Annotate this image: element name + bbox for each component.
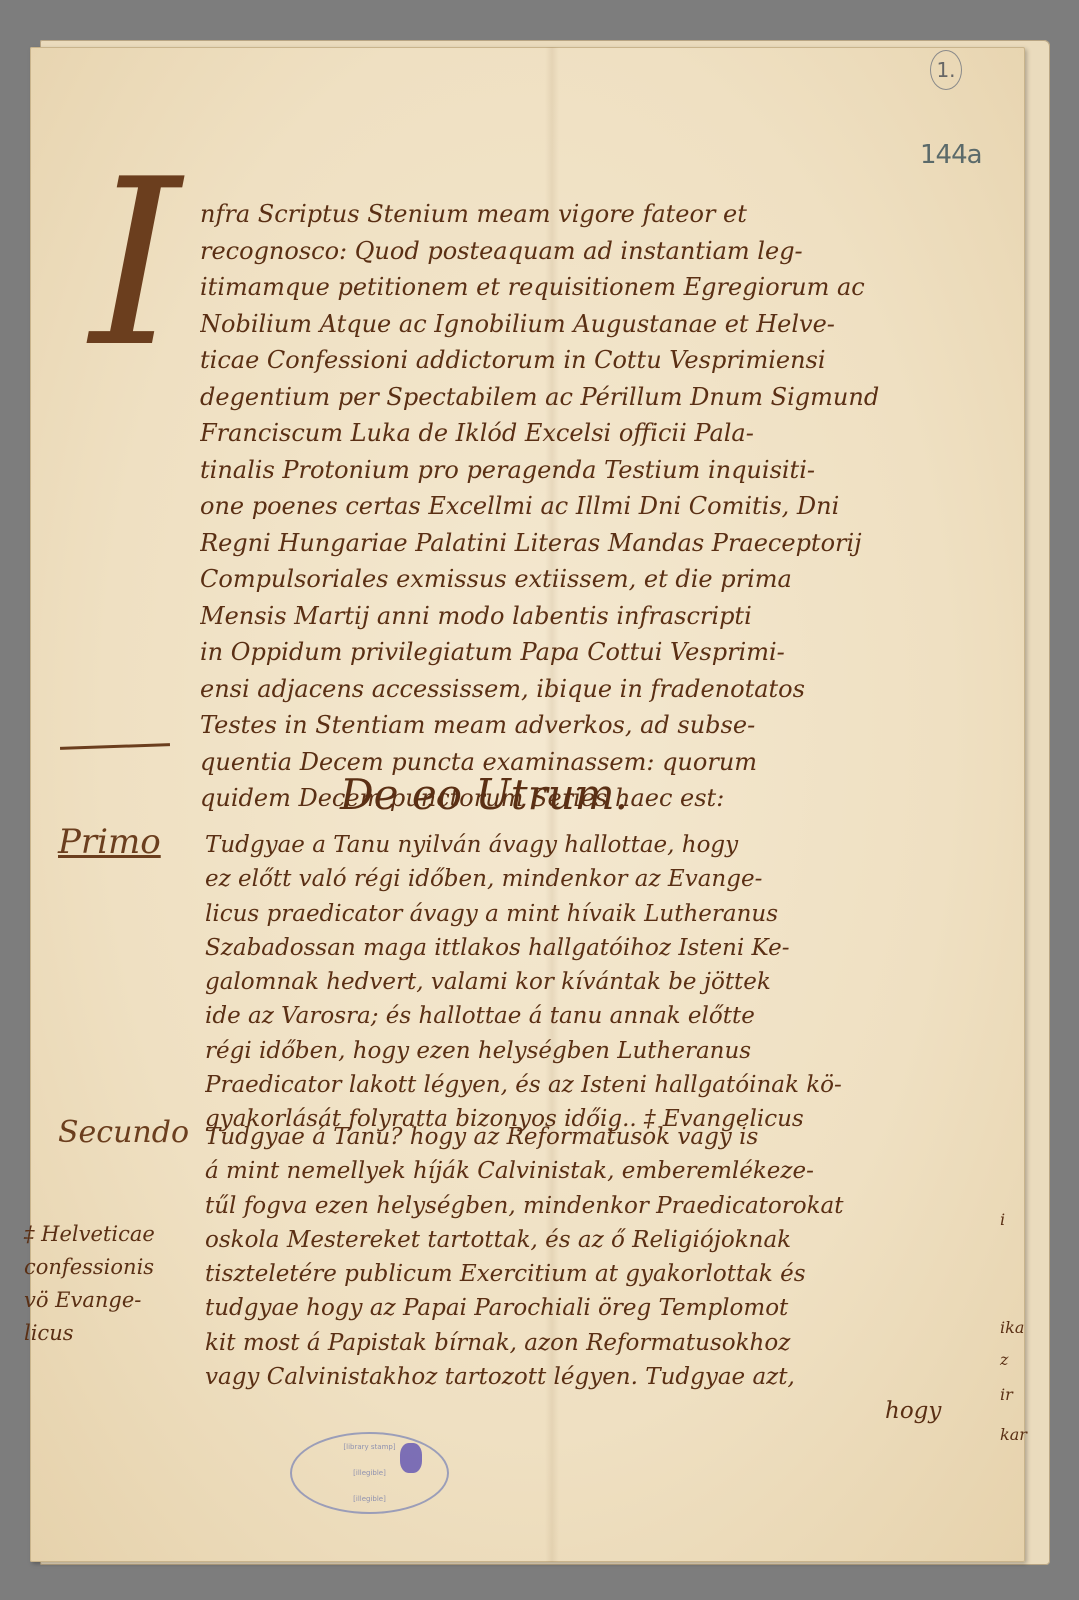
text-line: tiszteletére publicum Exercitium at gyak…	[205, 1257, 995, 1291]
edge-fragment: ir	[1000, 1385, 1013, 1404]
text-line: in Oppidum privilegiatum Papa Cottui Ves…	[200, 634, 990, 671]
folio-circle-mark: 1.	[930, 50, 962, 90]
section-label-secundo: Secundo	[58, 1115, 189, 1150]
text-line: oskola Mestereket tartottak, és az ő Rel…	[205, 1223, 995, 1257]
library-stamp: [library stamp] [illegible] [illegible]	[290, 1432, 449, 1514]
text-line: Mensis Martij anni modo labentis infrasc…	[200, 598, 990, 635]
text-line: kit most á Papistak bírnak, azon Reforma…	[205, 1326, 995, 1360]
margin-note: ‡ Helveticae confessionis vö Evange- lic…	[24, 1218, 204, 1350]
text-line: recognosco: Quod posteaquam ad instantia…	[200, 233, 990, 270]
folio-number: 144a	[920, 140, 982, 170]
text-line: ticae Confessioni addictorum in Cottu Ve…	[200, 342, 990, 379]
edge-fragment: ika	[1000, 1318, 1024, 1337]
section-text-secundo: Tudgyae á Tanu? hogy az Reformatusok vag…	[205, 1120, 995, 1429]
text-line: itimamque petitionem et requisitionem Eg…	[200, 269, 990, 306]
text-line: Nobilium Atque ac Ignobilium Augustanae …	[200, 306, 990, 343]
text-line: Tudgyae a Tanu nyilván ávagy hallottae, …	[205, 828, 995, 862]
text-line: Compulsoriales exmissus extiissem, et di…	[200, 561, 990, 598]
text-line: galomnak hedvert, valami kor kívántak be…	[205, 965, 995, 999]
text-line: tűl fogva ezen helységben, mindenkor Pra…	[205, 1189, 995, 1223]
margin-note-line: vö Evange-	[24, 1284, 204, 1317]
stamp-text: [illegible]	[353, 1495, 386, 1503]
section-heading: De eo Utrum.	[340, 770, 628, 819]
text-line: one poenes certas Excellmi ac Illmi Dni …	[200, 488, 990, 525]
text-line: Praedicator lakott légyen, és az Isteni …	[205, 1068, 995, 1102]
text-line: ez előtt való régi időben, mindenkor az …	[205, 862, 995, 896]
stamp-ink-blot	[400, 1443, 422, 1473]
stamp-text: [library stamp]	[343, 1443, 395, 1451]
text-line: vagy Calvinistakhoz tartozott légyen. Tu…	[205, 1360, 995, 1394]
margin-note-line: licus	[24, 1317, 204, 1350]
text-line: ide az Varosra; és hallottae á tanu anna…	[205, 999, 995, 1033]
section-text-primo: Tudgyae a Tanu nyilván ávagy hallottae, …	[205, 828, 995, 1137]
text-line: degentium per Spectabilem ac Périllum Dn…	[200, 379, 990, 416]
text-line: hogy	[205, 1394, 995, 1428]
section-label-primo: Primo	[58, 822, 161, 862]
edge-fragment: i	[1000, 1210, 1005, 1229]
text-line: Regni Hungariae Palatini Literas Mandas …	[200, 525, 990, 562]
edge-fragment: kar	[1000, 1425, 1027, 1444]
text-line: Szabadossan maga ittlakos hallgatóihoz I…	[205, 931, 995, 965]
stamp-text: [illegible]	[353, 1469, 386, 1477]
text-line: Franciscum Luka de Iklód Excelsi officii…	[200, 415, 990, 452]
text-line: tinalis Protonium pro peragenda Testium …	[200, 452, 990, 489]
edge-fragment: z	[1000, 1350, 1008, 1369]
margin-note-line: confessionis	[24, 1251, 204, 1284]
text-line: Testes in Stentiam meam adverkos, ad sub…	[200, 707, 990, 744]
text-line: á mint nemellyek híják Calvinistak, embe…	[205, 1154, 995, 1188]
decorated-initial: I	[90, 150, 181, 380]
text-line: Tudgyae á Tanu? hogy az Reformatusok vag…	[205, 1120, 995, 1154]
text-line: régi időben, hogy ezen helységben Luther…	[205, 1034, 995, 1068]
text-line: ensi adjacens accessissem, ibique in fra…	[200, 671, 990, 708]
margin-note-line: ‡ Helveticae	[24, 1218, 204, 1251]
opening-paragraph: nfra Scriptus Stenium meam vigore fateor…	[200, 196, 990, 817]
text-line: tudgyae hogy az Papai Parochiali öreg Te…	[205, 1291, 995, 1325]
text-line: nfra Scriptus Stenium meam vigore fateor…	[200, 196, 990, 233]
text-line: licus praedicator ávagy a mint hívaik Lu…	[205, 897, 995, 931]
